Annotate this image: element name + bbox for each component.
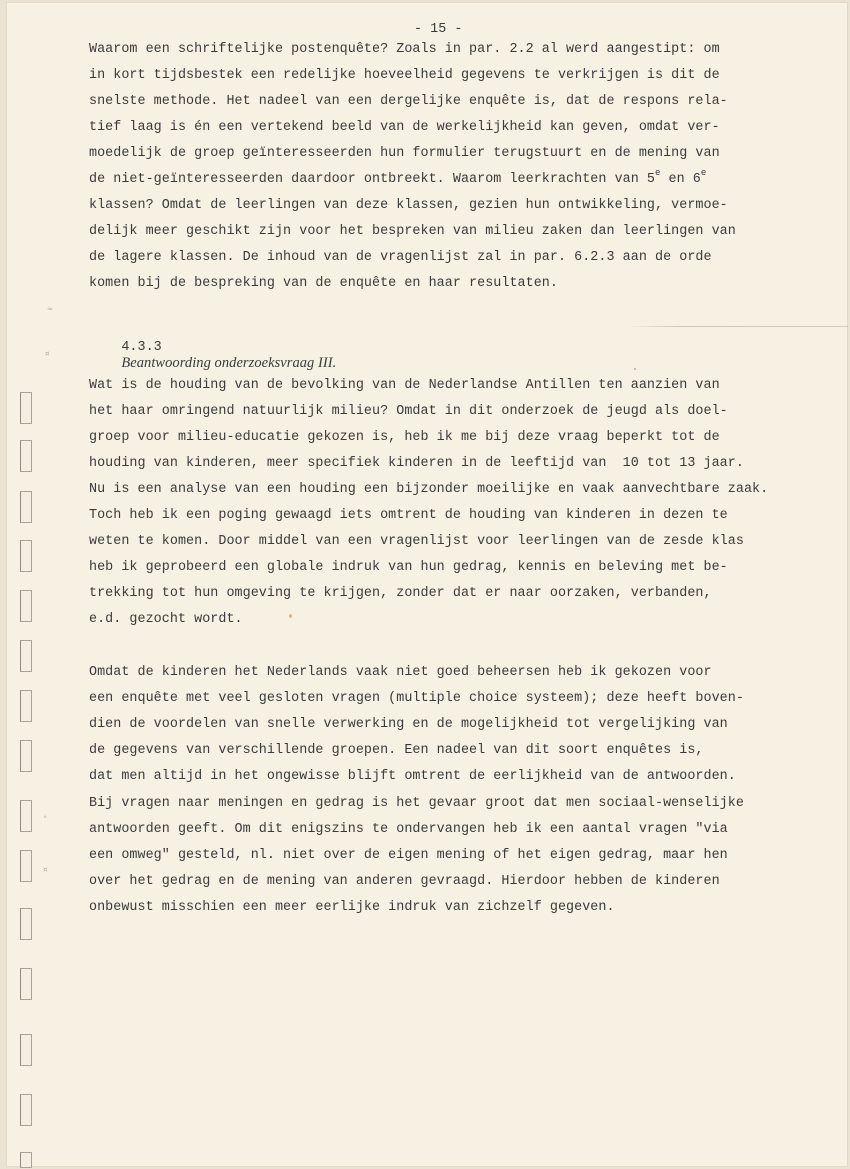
- text-line: een omweg" gesteld, nl. niet over de eig…: [89, 848, 728, 863]
- text-line: Waarom een schriftelijke postenquête? Zo…: [89, 42, 720, 57]
- margin-mark: ∘: [43, 813, 47, 821]
- paper-speck: [634, 368, 636, 370]
- text-line: heb ik geprobeerd een globale indruk van…: [89, 560, 728, 575]
- text-line: in kort tijdsbestek een redelijke hoevee…: [89, 68, 720, 83]
- binding-hole: [20, 968, 32, 1000]
- binding-hole: [20, 908, 32, 940]
- binding-hole: [20, 1034, 32, 1066]
- binding-hole: [20, 540, 32, 572]
- binding-hole: [20, 440, 32, 472]
- superscript: e: [701, 168, 706, 178]
- binding-hole: [20, 740, 32, 772]
- text-line: tief laag is én een vertekend beeld van …: [89, 120, 720, 135]
- section-title: Beantwoording onderzoeksvraag III.: [121, 355, 336, 371]
- paper-stain: [289, 614, 292, 618]
- text-line: houding van kinderen, meer specifiek kin…: [89, 456, 744, 471]
- text-line: dat men altijd in het ongewisse blijft o…: [89, 769, 736, 784]
- text-segment: en 6: [660, 172, 700, 187]
- text-line: weten te komen. Door middel van een vrag…: [89, 534, 744, 549]
- binding-hole: [20, 491, 32, 523]
- text-line: de gegevens van verschillende groepen. E…: [89, 743, 704, 758]
- text-segment: de niet-geïnteresseerden daardoor ontbre…: [89, 172, 655, 187]
- margin-mark: ¤: [43, 866, 47, 874]
- paper-fold-line: [626, 326, 848, 327]
- text-line: onbewust misschien een meer eerlijke ind…: [89, 900, 615, 915]
- text-line: snelste methode. Het nadeel van een derg…: [89, 94, 728, 109]
- text-line: klassen? Omdat de leerlingen van deze kl…: [89, 198, 728, 213]
- text-line: groep voor milieu-educatie gekozen is, h…: [89, 430, 720, 445]
- text-line: Omdat de kinderen het Nederlands vaak ni…: [89, 665, 712, 680]
- text-line: moedelijk de groep geïnteresseerden hun …: [89, 146, 720, 161]
- text-line: Nu is een analyse van een houding een bi…: [89, 482, 768, 497]
- margin-mark: ¤: [45, 350, 49, 358]
- binding-hole: [20, 1152, 32, 1168]
- binding-hole: [20, 392, 32, 424]
- text-line: een enquête met veel gesloten vragen (mu…: [89, 691, 744, 706]
- binding-hole: [20, 850, 32, 882]
- text-line-with-superscripts: de niet-geïnteresseerden daardoor ontbre…: [89, 172, 706, 187]
- binding-hole: [20, 640, 32, 672]
- text-line: delijk meer geschikt zijn voor het bespr…: [89, 224, 736, 239]
- document-page: - 15 - Waarom een schriftelijke postenqu…: [6, 2, 848, 1167]
- section-number: 4.3.3: [121, 340, 161, 355]
- binding-hole: [20, 1094, 32, 1126]
- margin-mark: ≈: [47, 305, 53, 313]
- page-number: - 15 -: [414, 22, 463, 37]
- text-line: Toch heb ik een poging gewaagd iets omtr…: [89, 508, 728, 523]
- text-line: komen bij de bespreking van de enquête e…: [89, 276, 558, 291]
- text-line: e.d. gezocht wordt.: [89, 612, 243, 627]
- binding-hole: [20, 690, 32, 722]
- binding-hole: [20, 590, 32, 622]
- text-line: Wat is de houding van de bevolking van d…: [89, 378, 720, 393]
- text-line: over het gedrag en de mening van anderen…: [89, 874, 720, 889]
- text-line: het haar omringend natuurlijk milieu? Om…: [89, 404, 728, 419]
- text-line: Bij vragen naar meningen en gedrag is he…: [89, 796, 744, 811]
- text-line: trekking tot hun omgeving te krijgen, zo…: [89, 586, 712, 601]
- binding-hole: [20, 800, 32, 832]
- text-line: de lagere klassen. De inhoud van de vrag…: [89, 250, 712, 265]
- text-line: antwoorden geeft. Om dit enigszins te on…: [89, 822, 728, 837]
- text-line: dien de voordelen van snelle verwerking …: [89, 717, 728, 732]
